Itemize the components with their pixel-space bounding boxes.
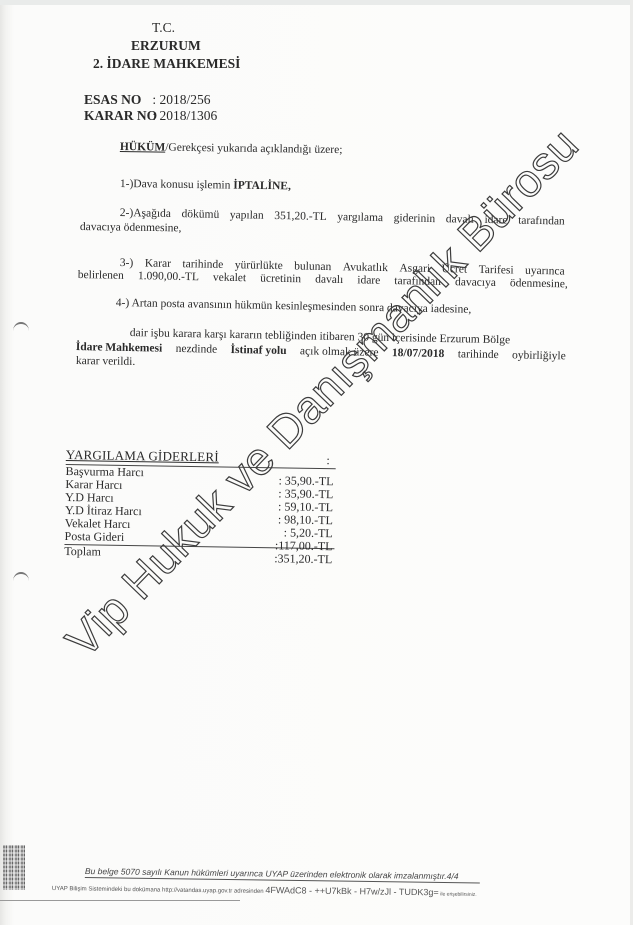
punch-hole-icon — [13, 572, 29, 590]
ruling-item-2-line-2: davacıya ödenmesine, — [80, 220, 182, 235]
karar-label: KARAR NO — [84, 108, 149, 124]
footer-signature-note: Bu belge 5070 sayılı Kanun hükümleri uya… — [85, 866, 480, 884]
ruling-final-line-3: karar verildi. — [76, 354, 136, 369]
barcode-icon — [3, 845, 25, 890]
word: giderinin — [394, 211, 436, 226]
word: ödenmesine, — [510, 276, 568, 291]
footer-verification: UYAP Bilişim Sistemindeki bu dokümana ht… — [52, 882, 477, 898]
word: dökümü — [181, 207, 219, 222]
ruling-item-1: 1-)Dava konusu işlemin İPTALİNE, — [120, 177, 291, 193]
costs-title-colon: : — [326, 453, 330, 468]
word: tarihinde — [458, 347, 499, 362]
word: davalı — [315, 273, 343, 288]
esas-label: ESAS NO — [84, 92, 149, 108]
word: nezdinde — [176, 342, 218, 357]
word: yargılama — [337, 210, 383, 225]
hukum-text: /Gerekçesi yukarıda açıklandığı üzere; — [165, 142, 342, 156]
header-court: 2. İDARE MAHKEMESİ — [93, 56, 240, 72]
karar-value: : 2018/1306 — [152, 108, 217, 123]
word: 2-)Aşağıda — [120, 206, 171, 221]
scan-top-edge — [0, 0, 633, 5]
word: 1.090,00.-TL — [138, 269, 199, 284]
hukum-line: HÜKÜM/Gerekçesi yukarıda açıklandığı üze… — [120, 140, 343, 157]
word: idare — [357, 273, 380, 287]
footer-verification-prefix: UYAP Bilişim Sistemindeki bu dokümana ht… — [52, 886, 264, 895]
word: oybirliğiyle — [512, 348, 566, 363]
document-page: T.C. ERZURUM 2. İDARE MAHKEMESİ ESAS NO … — [0, 0, 633, 925]
word: yapılan — [230, 208, 264, 223]
word: İstinaf yolu — [230, 343, 286, 358]
verification-code: 4FWAdC8 - ++U7kBk - H7w/zJl - TUDK3g= — [265, 885, 438, 897]
word: vekalet — [213, 271, 246, 286]
item-1-bold: İPTALİNE, — [233, 180, 291, 193]
footer-verification-suffix: ile erişebilirsiniz. — [440, 891, 476, 898]
word: ücretinin — [260, 272, 301, 287]
costs-title: YARGILAMA GİDERLERİ — [66, 447, 219, 464]
word: 351,20.-TL — [274, 209, 327, 224]
word: belirlenen — [78, 268, 124, 283]
header-city: ERZURUM — [131, 38, 201, 54]
esas-value: : 2018/256 — [152, 92, 210, 107]
cost-name: Posta Gideri — [64, 530, 124, 544]
esas-no: ESAS NO : 2018/256 — [84, 92, 211, 108]
karar-no: KARAR NO : 2018/1306 — [84, 108, 217, 124]
watermark: Vip Hukuk ve Danışmanlık Bürosu — [55, 117, 589, 667]
total-amount: :351,20.-TL — [274, 552, 332, 566]
total-label: Toplam — [64, 545, 101, 559]
item-1-text: 1-)Dava konusu işlemin — [120, 178, 234, 192]
punch-hole-icon — [13, 322, 29, 340]
scan-bottom-rule — [0, 900, 240, 901]
hukum-label: HÜKÜM — [120, 141, 166, 154]
header-state: T.C. — [152, 20, 175, 36]
